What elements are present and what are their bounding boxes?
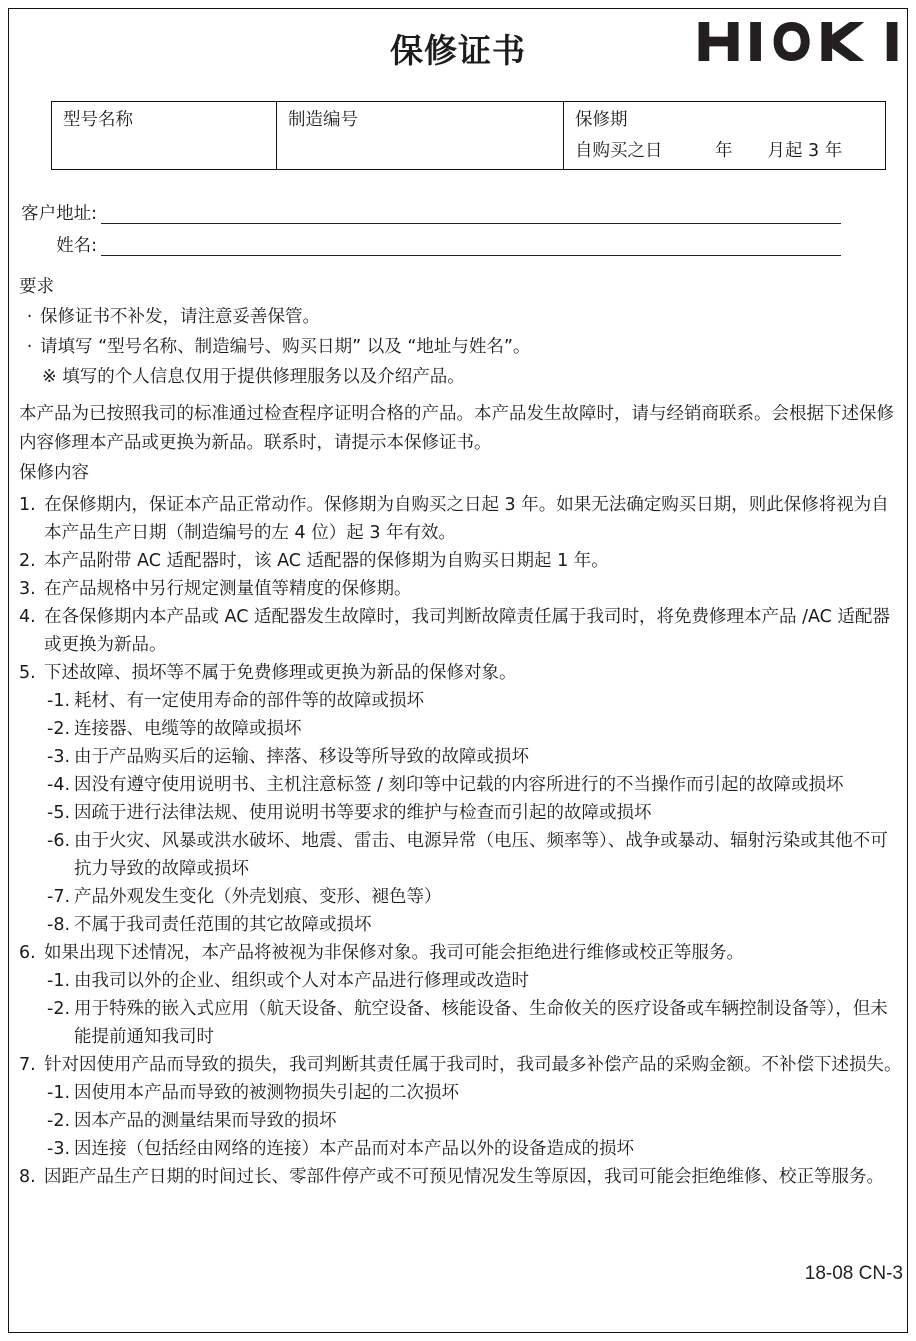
warranty-item: 8.因距产品生产日期的时间过长、零部件停产或不可预见情况发生等原因，我司可能会拒… <box>19 1163 905 1191</box>
customer-address-label: 客户地址: <box>19 204 97 224</box>
requirement-bullet: ·保修证书不补发，请注意妥善保管。 <box>19 308 896 327</box>
subitem-text: 产品外观发生变化（外壳划痕、变形、褪色等） <box>74 887 442 907</box>
document-code: 18-08 CN-3 <box>805 1264 903 1284</box>
subitem-text: 由于产品购买后的运输、摔落、移设等所导致的故障或损坏 <box>74 747 529 767</box>
item-number: 7. <box>19 1051 44 1079</box>
warranty-subitem: -1.因使用本产品而导致的被测物损失引起的二次损坏 <box>47 1079 905 1107</box>
bullet-icon: · <box>19 308 40 327</box>
warranty-content-heading: 保修内容 <box>19 464 89 483</box>
hioki-logo <box>698 22 898 61</box>
warranty-item: 4.在各保修期内本产品或 AC 适配器发生故障时，我司判断故障责任属于我司时，将… <box>19 603 905 659</box>
model-name-label: 型号名称 <box>63 110 133 130</box>
subitem-text: 由我司以外的企业、组织或个人对本产品进行修理或改造时 <box>74 971 529 991</box>
warranty-subitem: -2.用于特殊的嵌入式应用（航天设备、航空设备、核能设备、生命攸关的医疗设备或车… <box>47 995 905 1051</box>
warranty-subitem: -1.耗材、有一定使用寿命的部件等的故障或损坏 <box>47 687 905 715</box>
subitem-text: 由于火灾、风暴或洪水破坏、地震、雷击、电源异常（电压、频率等）、战争或暴动、辐射… <box>74 831 888 879</box>
warranty-subitem: -7.产品外观发生变化（外壳划痕、变形、褪色等） <box>47 883 905 911</box>
bullet-icon: · <box>19 338 40 357</box>
subitem-number: -4. <box>47 771 74 799</box>
subitem-number: -7. <box>47 883 74 911</box>
warranty-period-fillin: 自购买之日 年 月起 3 年 <box>575 142 877 161</box>
subitem-number: -2. <box>47 1107 74 1135</box>
serial-number-label: 制造编号 <box>288 110 358 130</box>
subitem-number: -1. <box>47 967 74 995</box>
warranty-certificate-page: 保修证书 型号名称 制造编号 保修期 自购买之日 年 月起 3 <box>0 0 916 1341</box>
requirements-note: ※ 填写的个人信息仅用于提供修理服务以及介绍产品。 <box>19 368 896 387</box>
requirement-text: 请填写 “型号名称、制造编号、购买日期” 以及 “地址与姓名”。 <box>40 337 530 357</box>
warranty-item: 3.在产品规格中另行规定测量值等精度的保修期。 <box>19 575 905 603</box>
item-number: 2. <box>19 547 44 575</box>
subitem-number: -2. <box>47 995 74 1023</box>
subitem-text: 连接器、电缆等的故障或损坏 <box>74 719 302 739</box>
warranty-period-cell: 保修期 自购买之日 年 月起 3 年 <box>564 102 885 169</box>
customer-name-label: 姓名: <box>19 236 97 256</box>
item-text: 在各保修期内本产品或 AC 适配器发生故障时，我司判断故障责任属于我司时，将免费… <box>44 607 890 655</box>
subitem-text: 因没有遵守使用说明书、主机注意标签 / 刻印等中记载的内容所进行的不当操作而引起… <box>74 775 844 795</box>
subitem-text: 不属于我司责任范围的其它故障或损坏 <box>74 915 372 935</box>
warranty-item: 6.如果出现下述情况，本产品将被视为非保修对象。我司可能会拒绝进行维修或校正等服… <box>19 939 905 967</box>
warranty-subitem: -5.因疏于进行法律法规、使用说明书等要求的维护与检查而引起的故障或损坏 <box>47 799 905 827</box>
warranty-subitem: -3.因连接（包括经由网络的连接）本产品而对本产品以外的设备造成的损坏 <box>47 1135 905 1163</box>
customer-name-row: 姓名: <box>19 236 841 256</box>
warranty-item: 1.在保修期内，保证本产品正常动作。保修期为自购买之日起 3 年。如果无法确定购… <box>19 491 905 547</box>
model-name-cell: 型号名称 <box>52 102 277 169</box>
item-text: 下述故障、损坏等不属于免费修理或更换为新品的保修对象。 <box>44 663 517 683</box>
subitem-number: -1. <box>47 1079 74 1107</box>
customer-address-row: 客户地址: <box>19 204 841 224</box>
item-text: 在保修期内，保证本产品正常动作。保修期为自购买之日起 3 年。如果无法确定购买日… <box>44 495 889 543</box>
subitem-text: 因本产品的测量结果而导致的损坏 <box>74 1111 337 1131</box>
item-number: 3. <box>19 575 44 603</box>
requirements-section: 要求 ·保修证书不补发，请注意妥善保管。 ·请填写 “型号名称、制造编号、购买日… <box>19 278 896 387</box>
subitem-number: -1. <box>47 687 74 715</box>
subitem-text: 耗材、有一定使用寿命的部件等的故障或损坏 <box>74 691 424 711</box>
hioki-logo-image <box>698 22 898 61</box>
warranty-item: 2.本产品附带 AC 适配器时，该 AC 适配器的保修期为自购买日期起 1 年。 <box>19 547 905 575</box>
requirement-text: 保修证书不补发，请注意妥善保管。 <box>40 307 320 327</box>
item-text: 在产品规格中另行规定测量值等精度的保修期。 <box>44 579 412 599</box>
warranty-subitem: -6.由于火灾、风暴或洪水破坏、地震、雷击、电源异常（电压、频率等）、战争或暴动… <box>47 827 905 883</box>
item-number: 8. <box>19 1163 44 1191</box>
customer-address-blank-line <box>101 204 841 224</box>
subitem-number: -5. <box>47 799 74 827</box>
warranty-terms-list: 1.在保修期内，保证本产品正常动作。保修期为自购买之日起 3 年。如果无法确定购… <box>19 491 905 1191</box>
requirement-bullet: ·请填写 “型号名称、制造编号、购买日期” 以及 “地址与姓名”。 <box>19 338 896 357</box>
warranty-subitem: -1.由我司以外的企业、组织或个人对本产品进行修理或改造时 <box>47 967 905 995</box>
warranty-item: 5.下述故障、损坏等不属于免费修理或更换为新品的保修对象。 <box>19 659 905 687</box>
intro-paragraph: 本产品为已按照我司的标准通过检查程序证明合格的产品。本产品发生故障时，请与经销商… <box>19 400 896 458</box>
warranty-subitem: -8.不属于我司责任范围的其它故障或损坏 <box>47 911 905 939</box>
warranty-subitem: -3.由于产品购买后的运输、摔落、移设等所导致的故障或损坏 <box>47 743 905 771</box>
subitem-text: 因连接（包括经由网络的连接）本产品而对本产品以外的设备造成的损坏 <box>74 1139 634 1159</box>
serial-number-cell: 制造编号 <box>277 102 564 169</box>
subitem-number: -3. <box>47 743 74 771</box>
item-number: 1. <box>19 491 44 519</box>
subitem-text: 因使用本产品而导致的被测物损失引起的二次损坏 <box>74 1083 459 1103</box>
product-info-table: 型号名称 制造编号 保修期 自购买之日 年 月起 3 年 <box>51 101 886 170</box>
item-number: 6. <box>19 939 44 967</box>
customer-section: 客户地址: 姓名: <box>19 204 841 268</box>
warranty-subitem: -4.因没有遵守使用说明书、主机注意标签 / 刻印等中记载的内容所进行的不当操作… <box>47 771 905 799</box>
item-number: 5. <box>19 659 44 687</box>
subitem-text: 因疏于进行法律法规、使用说明书等要求的维护与检查而引起的故障或损坏 <box>74 803 652 823</box>
subitem-number: -6. <box>47 827 74 855</box>
item-text: 针对因使用产品而导致的损失，我司判断其责任属于我司时，我司最多补偿产品的采购金额… <box>44 1055 902 1075</box>
item-number: 4. <box>19 603 44 631</box>
warranty-subitem: -2.连接器、电缆等的故障或损坏 <box>47 715 905 743</box>
warranty-item: 7.针对因使用产品而导致的损失，我司判断其责任属于我司时，我司最多补偿产品的采购… <box>19 1051 905 1079</box>
warranty-subitem: -2.因本产品的测量结果而导致的损坏 <box>47 1107 905 1135</box>
item-text: 因距产品生产日期的时间过长、零部件停产或不可预见情况发生等原因，我司可能会拒绝维… <box>44 1167 884 1187</box>
warranty-period-label: 保修期 <box>575 111 877 130</box>
subitem-text: 用于特殊的嵌入式应用（航天设备、航空设备、核能设备、生命攸关的医疗设备或车辆控制… <box>74 999 888 1047</box>
item-text: 如果出现下述情况，本产品将被视为非保修对象。我司可能会拒绝进行维修或校正等服务。 <box>44 943 744 963</box>
subitem-number: -2. <box>47 715 74 743</box>
item-text: 本产品附带 AC 适配器时，该 AC 适配器的保修期为自购买日期起 1 年。 <box>44 551 609 571</box>
customer-name-blank-line <box>101 236 841 256</box>
requirements-heading: 要求 <box>19 278 896 297</box>
subitem-number: -3. <box>47 1135 74 1163</box>
subitem-number: -8. <box>47 911 74 939</box>
